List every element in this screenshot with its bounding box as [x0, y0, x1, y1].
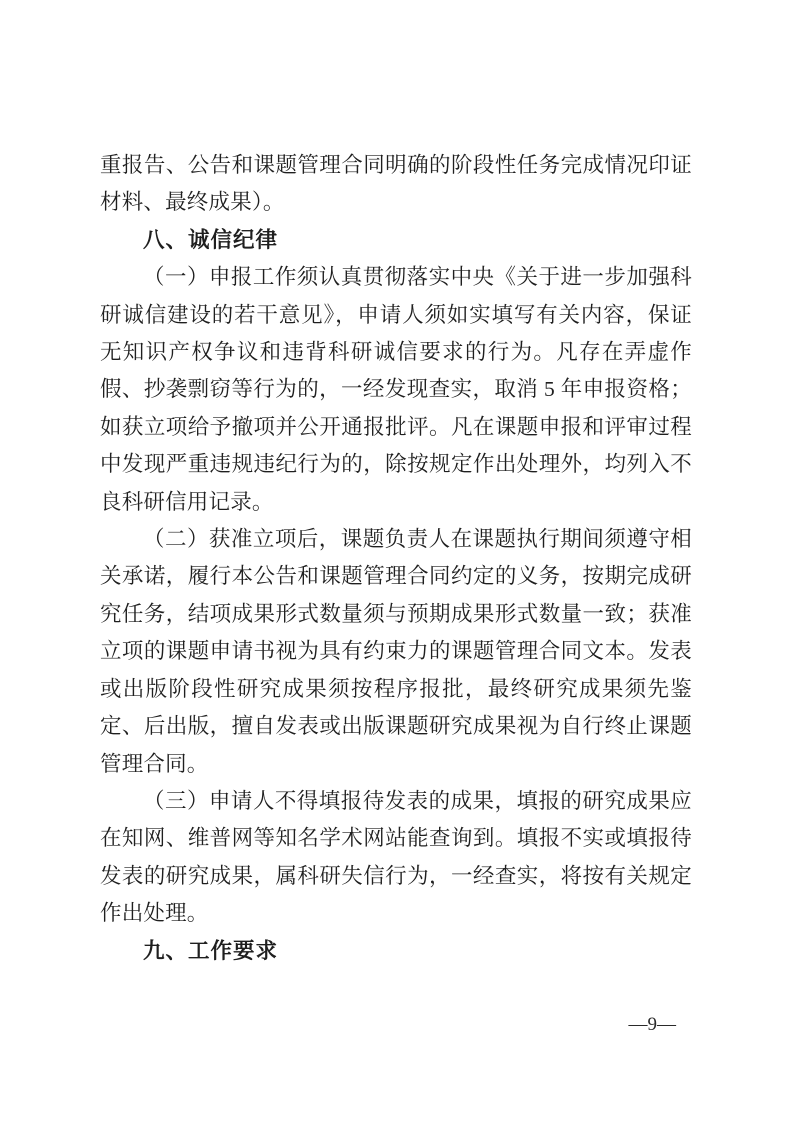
page-content: 重报告、公告和课题管理合同明确的阶段性任务完成情况印证材料、最终成果）。八、诚信… — [100, 147, 692, 970]
section-heading: 九、工作要求 — [100, 933, 692, 970]
body-paragraph: （一）申报工作须认真贯彻落实中央《关于进一步加强科研诚信建设的若干意见》，申请人… — [100, 259, 692, 521]
page-number: —9— — [629, 1012, 677, 1038]
body-paragraph: （二）获准立项后，课题负责人在课题执行期间须遵守相关承诺，履行本公告和课题管理合… — [100, 521, 692, 783]
section-heading: 八、诚信纪律 — [100, 222, 692, 259]
body-paragraph: （三）申请人不得填报待发表的成果，填报的研究成果应在知网、维普网等知名学术网站能… — [100, 783, 692, 933]
body-paragraph: 重报告、公告和课题管理合同明确的阶段性任务完成情况印证材料、最终成果）。 — [100, 147, 692, 222]
document-page: 重报告、公告和课题管理合同明确的阶段性任务完成情况印证材料、最终成果）。八、诚信… — [0, 0, 793, 1122]
